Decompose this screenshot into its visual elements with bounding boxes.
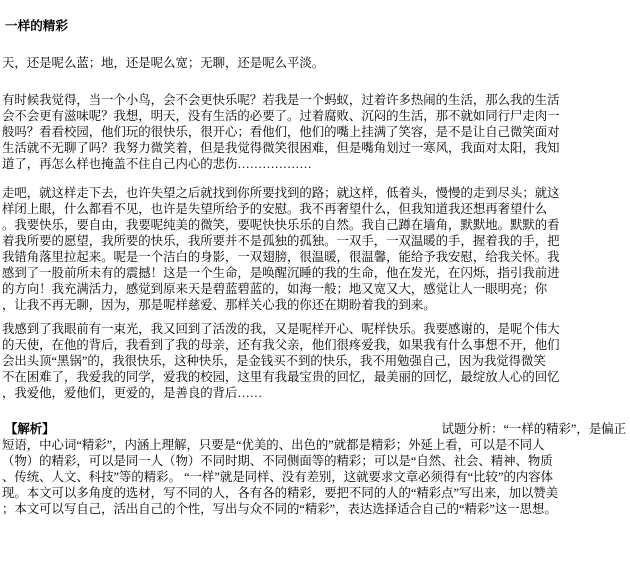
- text-line: 现。本文可以多角度的选材，写不同的人，各有各的精彩，要把不同的人的“精彩点”写出…: [2, 485, 630, 501]
- analysis-body: 短语，中心词“精彩”，内涵上理解，只要是“优美的、出色的”就都是精彩；外延上看，…: [2, 437, 630, 517]
- text-line: 会出头顶“黑锅”的，我很快乐，这种快乐，是金钱买不到的快乐，我不用勉强自己，因为…: [2, 353, 630, 369]
- text-line: 有时候我觉得，当一个小鸟，会不会更快乐呢？若我是一个蚂蚁，过着许多热闹的生活，那…: [2, 92, 630, 108]
- text-line: 着我所要的愿望，我所要的快乐，我所要并不是孤独的孤独。一双手，一双温暖的手，握着…: [2, 233, 630, 249]
- text-line: 道了，再怎么样也掩盖不住自己内心的悲伤………………: [2, 156, 630, 172]
- analysis-header-line: 【解析】 试题分析：“一样的精彩”，是偏正: [2, 421, 630, 437]
- essay-paragraph-3: 我感到了我眼前有一束光，我又回到了活泼的我，又是呢样开心、呢样快乐。我要感谢的，…: [2, 321, 630, 401]
- text-line: 的方向！我充满活力，感觉到原来天是碧蓝碧蓝的，如海一般；地又宽又大，感觉让人一眼…: [2, 281, 630, 297]
- text-line: 不在困难了，我爱我的同学，爱我的校园，这里有我最宝贵的回忆，最美丽的回忆，最绽放…: [2, 369, 630, 385]
- text-line: 生活就不无聊了吗？我努力微笑着，但是我觉得微笑很困难，但是嘴角划过一寒风，我面对…: [2, 140, 630, 156]
- essay-paragraph-2: 走吧，就这样走下去，也许失望之后就找到你所要找到的路；就这样，低着头，慢慢的走到…: [2, 185, 630, 313]
- text-line: ，我爱他，爱他们，更爱的，是善良的背后……: [2, 385, 630, 401]
- text-line: 我错角落里拉起来。呢是一个洁白的身影，一双翅膀，很温暖，很温馨，能给予我安慰，给…: [2, 249, 630, 265]
- text-line: 。我要快乐，要自由，我要呢纯美的微笑，要呢快快乐乐的自然。我自己蹲在墙角，默默地…: [2, 217, 630, 233]
- text-line: 感到了一股前所未有的震撼！这是一个生命，是唤醒沉睡的我的生命，他在发光，在闪烁，…: [2, 265, 630, 281]
- text-line: 样闭上眼，什么都看不见，也许是失望所给予的安慰。我不再奢望什么，但我知道我还想再…: [2, 201, 630, 217]
- text-line: 的天使，在他的背后，我看到了我的母亲，还有我父亲，他们很疼爱我，如果我有什么事想…: [2, 337, 630, 353]
- text-line: 走吧，就这样走下去，也许失望之后就找到你所要找到的路；就这样，低着头，慢慢的走到…: [2, 185, 630, 201]
- text-line: ，让我不再无聊，因为，那是呢样慈爱、那样关心我的你还在期盼着我的到来。: [2, 297, 630, 313]
- text-line: 短语，中心词“精彩”，内涵上理解，只要是“优美的、出色的”就都是精彩；外延上看，…: [2, 437, 630, 453]
- analysis-section-label: 【解析】: [5, 421, 55, 437]
- essay-paragraph-1: 有时候我觉得，当一个小鸟，会不会更快乐呢？若我是一个蚂蚁，过着许多热闹的生活，那…: [2, 92, 630, 172]
- text-line: （物）的精彩，可以是同一人（物）不同时期、不同侧面等的精彩；可以是“自然、社会、…: [2, 453, 630, 469]
- essay-title: 一样的精彩: [5, 18, 630, 34]
- text-line: 我感到了我眼前有一束光，我又回到了活泼的我，又是呢样开心、呢样快乐。我要感谢的，…: [2, 321, 630, 337]
- essay-intro-line: 天，还是呢么蓝；地，还是呢么宽；无聊，还是呢么平淡。: [2, 55, 630, 71]
- text-line: 会不会更有滋味呢？我想，明天，没有生活的必要了。过着腐败、沉闷的生活，那不就如同…: [2, 108, 630, 124]
- text-line: 、传统、人文、科技”等的精彩。 “一样”就是同样、没有差别，这就要求文章必须得有…: [2, 469, 630, 485]
- text-line: 般吗？看看校园，他们玩的很快乐，很开心；看他们，他们的嘴上挂满了笑容，是不是让自…: [2, 124, 630, 140]
- document-page: 一样的精彩 天，还是呢么蓝；地，还是呢么宽；无聊，还是呢么平淡。 有时候我觉得，…: [0, 0, 630, 561]
- text-line: ；本文可以写自己，活出自己的个性，写出与众不同的“精彩”，表达选择适合自己的“精…: [2, 501, 630, 517]
- analysis-first-line-text: 试题分析：“一样的精彩”，是偏正: [442, 421, 630, 437]
